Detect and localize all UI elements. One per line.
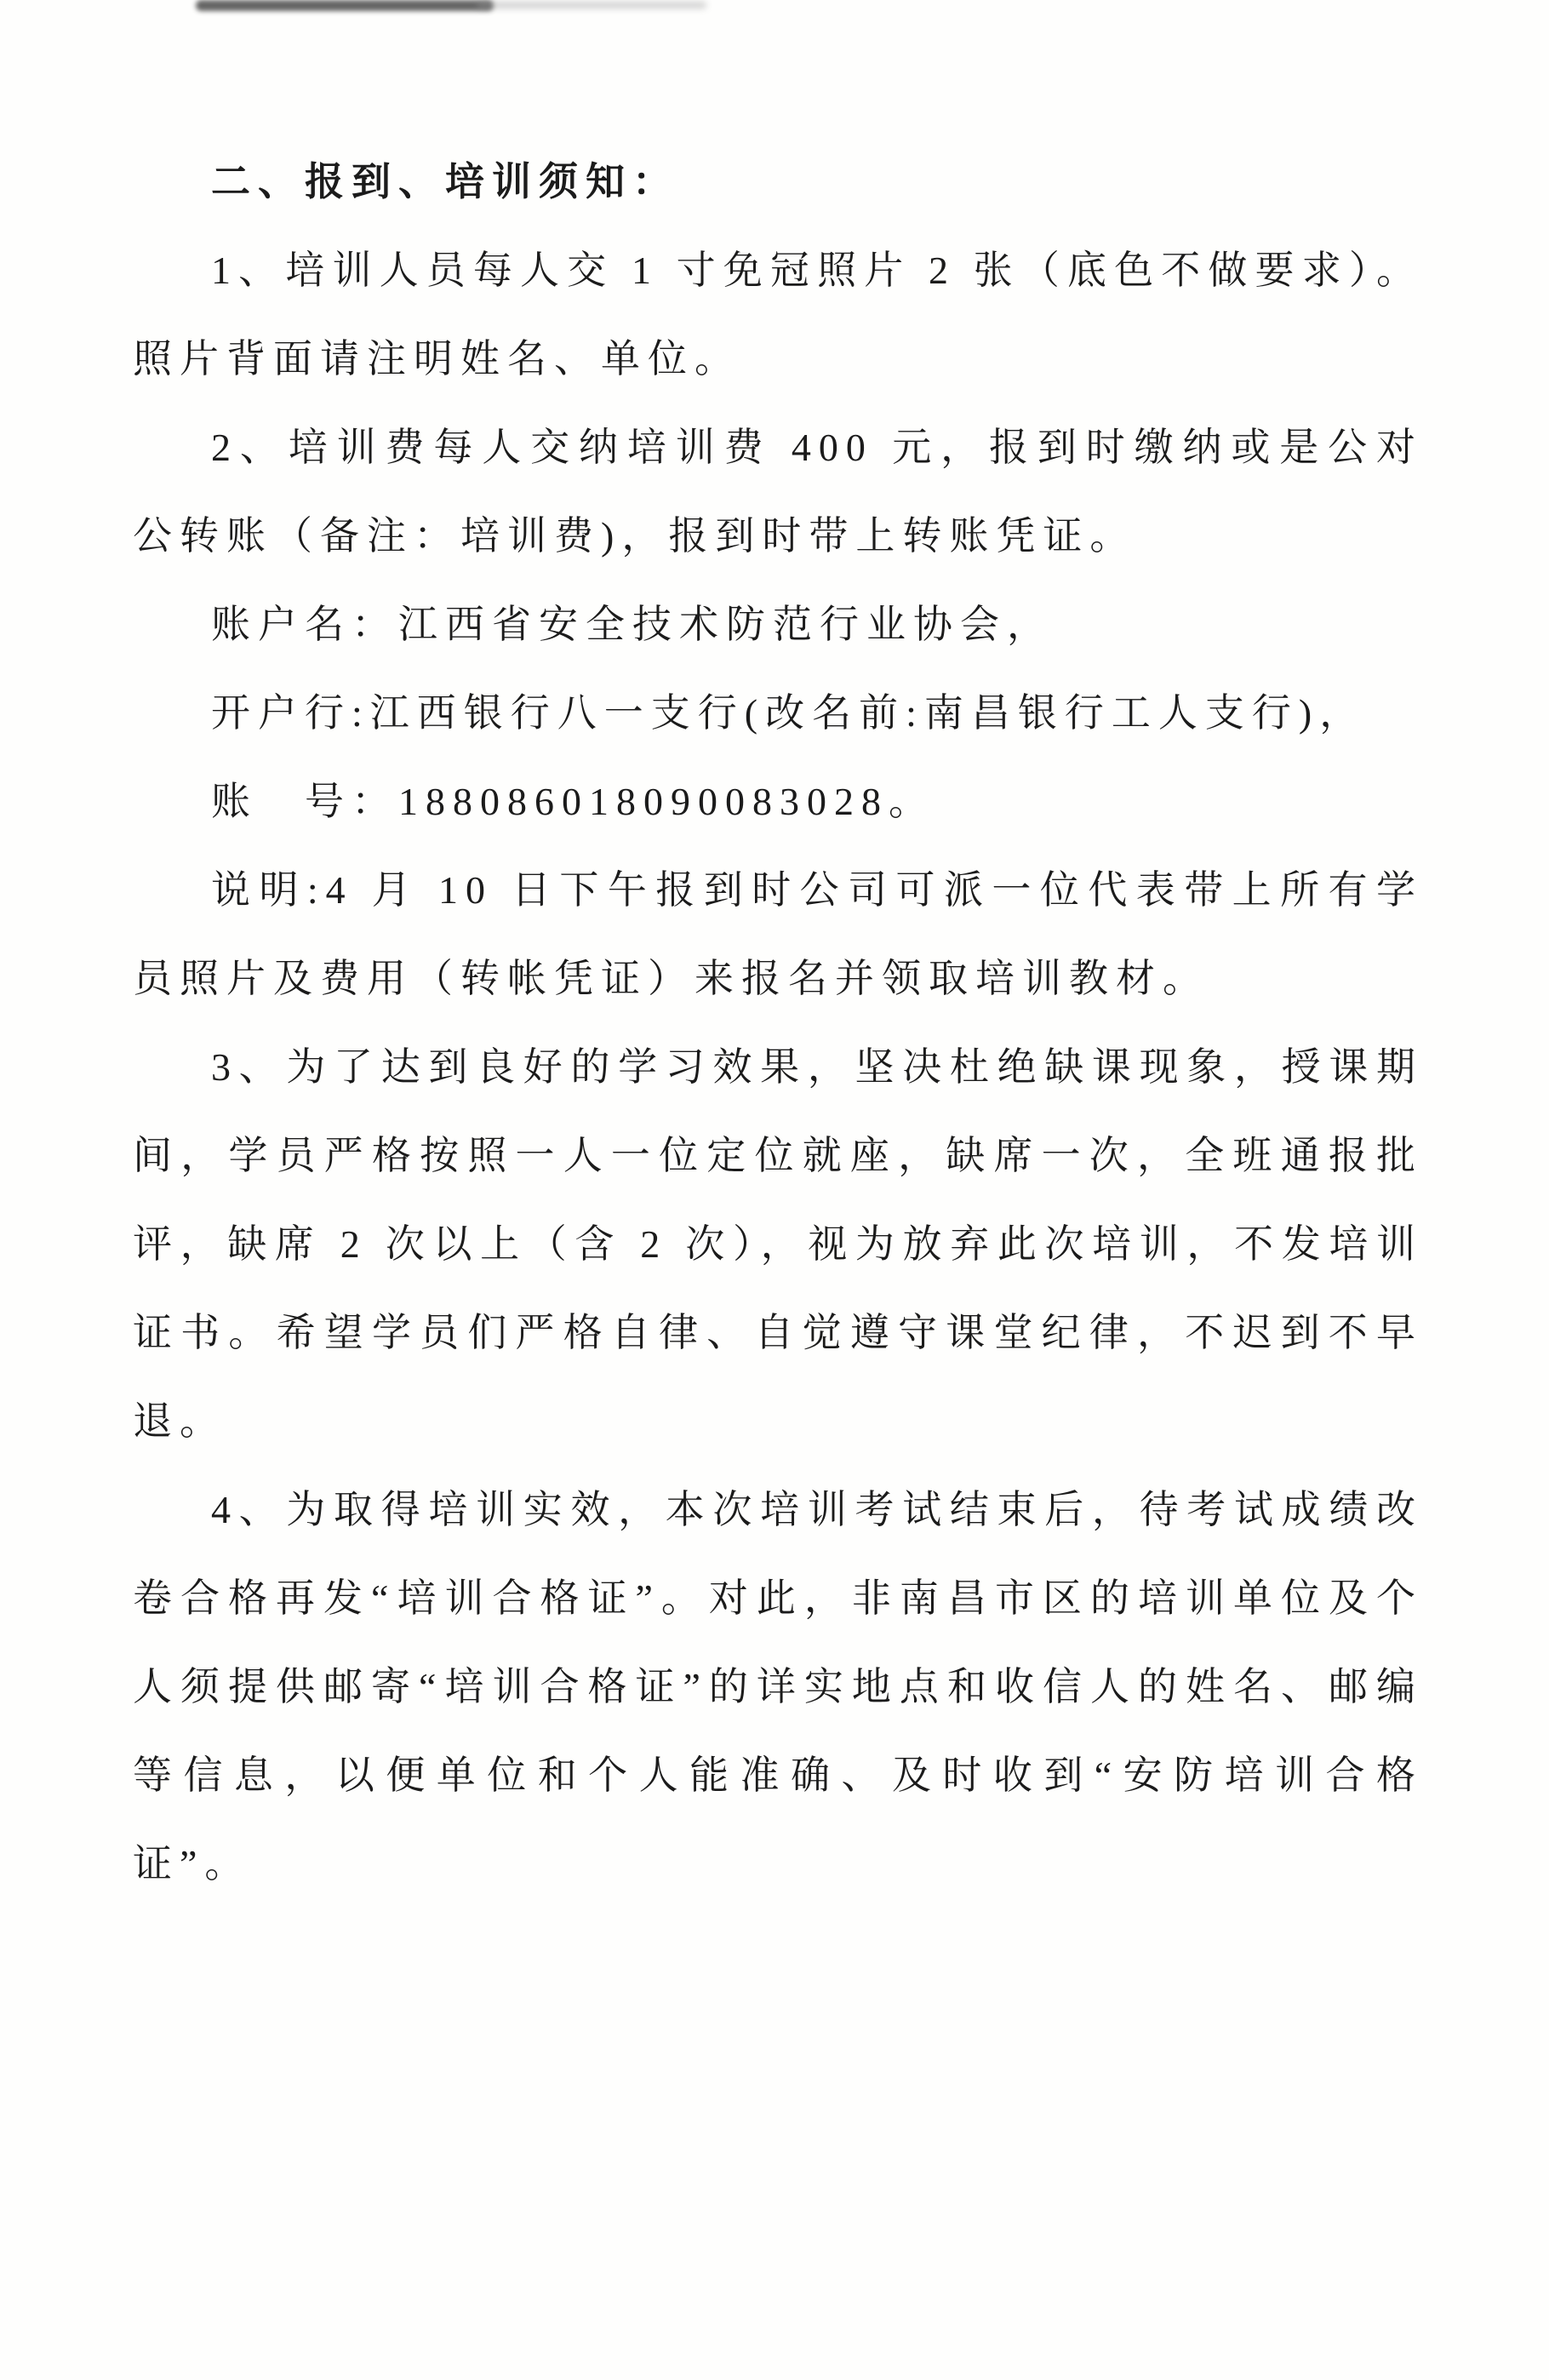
document-body: 二、报到、培训须知： 1、培训人员每人交 1 寸免冠照片 2 张（底色不做要求）… [133,138,1423,1908]
paragraph-item-4: 4、为取得培训实效，本次培训考试结束后，待考试成绩改卷合格再发“培训合格证”。对… [133,1466,1423,1908]
document-page: 二、报到、培训须知： 1、培训人员每人交 1 寸免冠照片 2 张（底色不做要求）… [0,0,1549,2380]
section-heading: 二、报到、培训须知： [133,138,1423,226]
paragraph-item-1: 1、培训人员每人交 1 寸免冠照片 2 张（底色不做要求）。照片背面请注明姓名、… [133,226,1423,403]
scan-artifact-light [477,2,706,9]
scan-artifact-dark [196,0,494,11]
paragraph-note: 说明:4 月 10 日下午报到时公司可派一位代表带上所有学员照片及费用（转帐凭证… [133,846,1423,1023]
paragraph-account-number: 账 号：188086018090083028。 [133,758,1423,846]
paragraph-item-3: 3、为了达到良好的学习效果，坚决杜绝缺课现象，授课期间，学员严格按照一人一位定位… [133,1023,1423,1466]
paragraph-account-name: 账户名：江西省安全技术防范行业协会， [133,581,1423,669]
paragraph-bank-branch: 开户行:江西银行八一支行(改名前:南昌银行工人支行)， [133,669,1423,758]
paragraph-item-2: 2、培训费每人交纳培训费 400 元，报到时缴纳或是公对公转账（备注：培训费)，… [133,403,1423,581]
